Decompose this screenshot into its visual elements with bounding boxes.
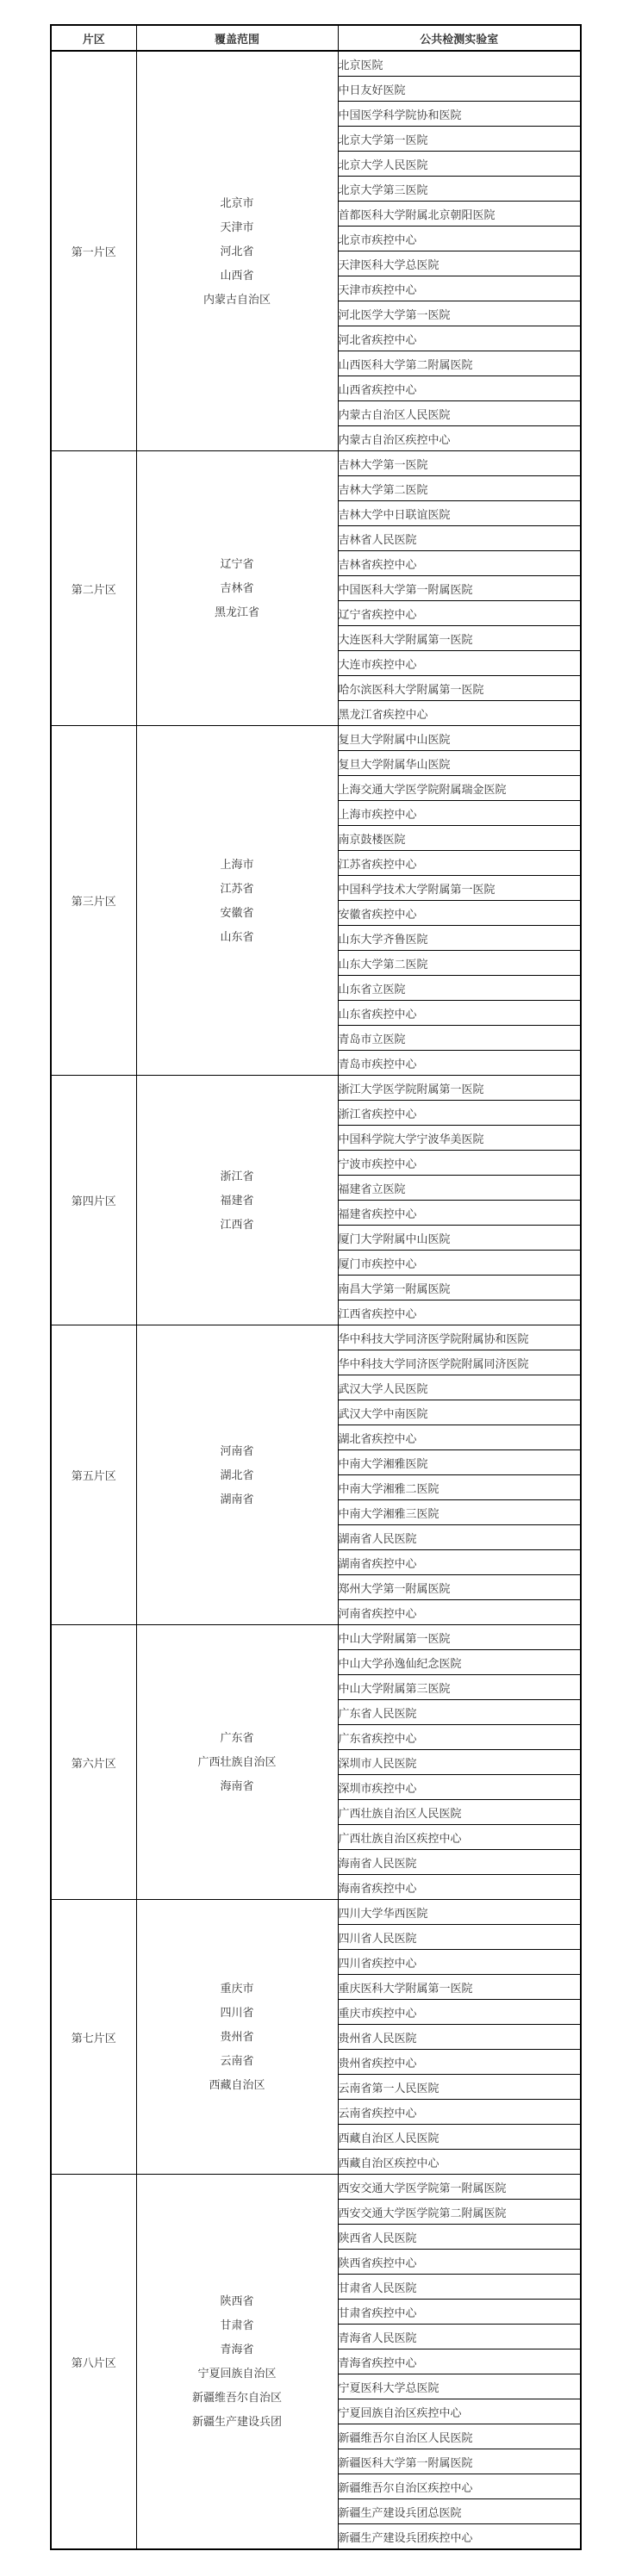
lab-cell: 安徽省疾控中心	[338, 901, 581, 926]
lab-cell: 四川大学华西医院	[338, 1900, 581, 1925]
lab-cell: 大连市疾控中心	[338, 651, 581, 676]
lab-cell: 中国科学技术大学附属第一医院	[338, 876, 581, 901]
lab-cell: 内蒙古自治区疾控中心	[338, 426, 581, 451]
table-row: 第一片区北京市天津市河北省山西省内蒙古自治区北京医院	[51, 51, 581, 77]
lab-cell: 河北医学大学第一医院	[338, 301, 581, 326]
lab-cell: 四川省疾控中心	[338, 1950, 581, 1975]
header-cell-coverage: 覆盖范围	[136, 25, 338, 51]
coverage-cell: 浙江省福建省江西省	[136, 1076, 338, 1325]
lab-cell: 中日友好医院	[338, 77, 581, 102]
lab-cell: 新疆生产建设兵团疾控中心	[338, 2524, 581, 2550]
lab-table-body: 第一片区北京市天津市河北省山西省内蒙古自治区北京医院中日友好医院中国医学科学院协…	[51, 51, 581, 2549]
table-row: 第三片区上海市江苏省安徽省山东省复旦大学附属中山医院	[51, 726, 581, 751]
lab-cell: 湖北省疾控中心	[338, 1425, 581, 1450]
lab-cell: 吉林大学第一医院	[338, 451, 581, 476]
lab-cell: 山西医科大学第二附属医院	[338, 351, 581, 376]
lab-cell: 中南大学湘雅医院	[338, 1450, 581, 1475]
lab-cell: 贵州省疾控中心	[338, 2050, 581, 2075]
coverage-cell: 陕西省甘肃省青海省宁夏回族自治区新疆维吾尔自治区新疆生产建设兵团	[136, 2175, 338, 2550]
province: 福建省	[137, 1189, 338, 1213]
lab-cell: 浙江省疾控中心	[338, 1101, 581, 1126]
table-row: 第六片区广东省广西壮族自治区海南省中山大学附属第一医院	[51, 1625, 581, 1650]
lab-cell: 北京大学第一医院	[338, 127, 581, 152]
region-name-cell: 第二片区	[51, 451, 136, 726]
header-cell-region: 片区	[51, 25, 136, 51]
lab-cell: 深圳市疾控中心	[338, 1775, 581, 1800]
lab-cell: 山东大学第二医院	[338, 951, 581, 976]
lab-cell: 云南省疾控中心	[338, 2100, 581, 2125]
lab-cell: 福建省立医院	[338, 1176, 581, 1201]
province: 新疆维吾尔自治区	[137, 2386, 338, 2410]
lab-cell: 新疆维吾尔自治区疾控中心	[338, 2474, 581, 2499]
lab-cell: 南昌大学第一附属医院	[338, 1276, 581, 1300]
lab-cell: 贵州省人民医院	[338, 2025, 581, 2050]
province: 宁夏回族自治区	[137, 2362, 338, 2386]
province: 江苏省	[137, 877, 338, 901]
lab-cell: 华中科技大学同济医学院附属同济医院	[338, 1350, 581, 1375]
province: 陕西省	[137, 2289, 338, 2313]
lab-cell: 宁夏回族自治区疾控中心	[338, 2399, 581, 2424]
lab-cell: 青海省人民医院	[338, 2325, 581, 2349]
region-name-cell: 第八片区	[51, 2175, 136, 2550]
lab-table: 片区 覆盖范围 公共检测实验室 第一片区北京市天津市河北省山西省内蒙古自治区北京…	[50, 24, 582, 2550]
lab-cell: 广东省疾控中心	[338, 1725, 581, 1750]
province: 甘肃省	[137, 2313, 338, 2337]
lab-cell: 四川省人民医院	[338, 1925, 581, 1950]
province: 广东省	[137, 1726, 338, 1750]
region-name-cell: 第五片区	[51, 1325, 136, 1625]
table-row: 第二片区辽宁省吉林省黑龙江省吉林大学第一医院	[51, 451, 581, 476]
lab-cell: 中山大学附属第一医院	[338, 1625, 581, 1650]
lab-cell: 复旦大学附属华山医院	[338, 751, 581, 776]
lab-cell: 山东大学齐鲁医院	[338, 926, 581, 951]
table-row: 第八片区陕西省甘肃省青海省宁夏回族自治区新疆维吾尔自治区新疆生产建设兵团西安交通…	[51, 2175, 581, 2200]
lab-cell: 河北省疾控中心	[338, 326, 581, 351]
province: 北京市	[137, 191, 338, 215]
lab-cell: 黑龙江省疾控中心	[338, 701, 581, 726]
province: 广西壮族自治区	[137, 1750, 338, 1774]
lab-cell: 海南省疾控中心	[338, 1875, 581, 1900]
province: 青海省	[137, 2337, 338, 2362]
lab-cell: 辽宁省疾控中心	[338, 601, 581, 626]
province: 山东省	[137, 925, 338, 949]
lab-cell: 西安交通大学医学院第一附属医院	[338, 2175, 581, 2200]
lab-cell: 山西省疾控中心	[338, 376, 581, 401]
lab-cell: 浙江大学医学院附属第一医院	[338, 1076, 581, 1101]
lab-cell: 华中科技大学同济医学院附属协和医院	[338, 1325, 581, 1350]
lab-cell: 湖南省疾控中心	[338, 1550, 581, 1575]
province: 四川省	[137, 2001, 338, 2025]
lab-cell: 天津市疾控中心	[338, 276, 581, 301]
lab-cell: 中山大学孙逸仙纪念医院	[338, 1650, 581, 1675]
province: 内蒙古自治区	[137, 288, 338, 312]
province: 西藏自治区	[137, 2073, 338, 2097]
lab-cell: 北京大学第三医院	[338, 177, 581, 202]
lab-cell: 山东省立医院	[338, 976, 581, 1001]
lab-cell: 广西壮族自治区人民医院	[338, 1800, 581, 1825]
lab-cell: 广西壮族自治区疾控中心	[338, 1825, 581, 1850]
table-row: 第四片区浙江省福建省江西省浙江大学医学院附属第一医院	[51, 1076, 581, 1101]
lab-cell: 北京医院	[338, 51, 581, 77]
lab-cell: 大连医科大学附属第一医院	[338, 626, 581, 651]
province: 辽宁省	[137, 552, 338, 576]
lab-cell: 南京鼓楼医院	[338, 826, 581, 851]
lab-cell: 甘肃省疾控中心	[338, 2300, 581, 2325]
lab-cell: 西藏自治区疾控中心	[338, 2150, 581, 2175]
lab-cell: 陕西省疾控中心	[338, 2250, 581, 2275]
province: 天津市	[137, 215, 338, 239]
lab-cell: 西安交通大学医学院第二附属医院	[338, 2200, 581, 2225]
header-cell-lab: 公共检测实验室	[338, 25, 581, 51]
region-name-cell: 第七片区	[51, 1900, 136, 2175]
lab-cell: 中国科学院大学宁波华美医院	[338, 1126, 581, 1151]
province: 浙江省	[137, 1164, 338, 1189]
coverage-cell: 辽宁省吉林省黑龙江省	[136, 451, 338, 726]
lab-cell: 上海交通大学医学院附属瑞金医院	[338, 776, 581, 801]
province: 新疆生产建设兵团	[137, 2410, 338, 2434]
coverage-cell: 北京市天津市河北省山西省内蒙古自治区	[136, 51, 338, 451]
coverage-cell: 广东省广西壮族自治区海南省	[136, 1625, 338, 1900]
lab-cell: 青岛市立医院	[338, 1026, 581, 1051]
lab-cell: 江西省疾控中心	[338, 1300, 581, 1325]
lab-cell: 哈尔滨医科大学附属第一医院	[338, 676, 581, 701]
lab-cell: 中国医科大学第一附属医院	[338, 576, 581, 601]
lab-cell: 陕西省人民医院	[338, 2225, 581, 2250]
lab-cell: 青岛市疾控中心	[338, 1051, 581, 1076]
lab-cell: 广东省人民医院	[338, 1700, 581, 1725]
province: 江西省	[137, 1213, 338, 1237]
lab-cell: 厦门市疾控中心	[338, 1251, 581, 1276]
lab-cell: 宁夏医科大学总医院	[338, 2374, 581, 2399]
lab-cell: 上海市疾控中心	[338, 801, 581, 826]
region-name-cell: 第六片区	[51, 1625, 136, 1900]
lab-cell: 江苏省疾控中心	[338, 851, 581, 876]
coverage-cell: 重庆市四川省贵州省云南省西藏自治区	[136, 1900, 338, 2175]
lab-cell: 厦门大学附属中山医院	[338, 1226, 581, 1251]
lab-cell: 新疆维吾尔自治区人民医院	[338, 2424, 581, 2449]
province: 湖南省	[137, 1487, 338, 1511]
region-name-cell: 第一片区	[51, 51, 136, 451]
lab-cell: 海南省人民医院	[338, 1850, 581, 1875]
lab-cell: 中南大学湘雅二医院	[338, 1475, 581, 1500]
lab-cell: 中南大学湘雅三医院	[338, 1500, 581, 1525]
lab-cell: 福建省疾控中心	[338, 1201, 581, 1226]
lab-cell: 宁波市疾控中心	[338, 1151, 581, 1176]
lab-cell: 天津医科大学总医院	[338, 251, 581, 276]
coverage-cell: 河南省湖北省湖南省	[136, 1325, 338, 1625]
province: 云南省	[137, 2049, 338, 2073]
lab-cell: 中国医学科学院协和医院	[338, 102, 581, 127]
lab-cell: 西藏自治区人民医院	[338, 2125, 581, 2150]
lab-cell: 吉林大学第二医院	[338, 476, 581, 501]
province: 山西省	[137, 264, 338, 288]
lab-cell: 甘肃省人民医院	[338, 2275, 581, 2300]
lab-cell: 吉林省人民医院	[338, 526, 581, 551]
lab-cell: 内蒙古自治区人民医院	[338, 401, 581, 426]
lab-cell: 复旦大学附属中山医院	[338, 726, 581, 751]
region-name-cell: 第四片区	[51, 1076, 136, 1325]
lab-cell: 吉林大学中日联谊医院	[338, 501, 581, 526]
coverage-cell: 上海市江苏省安徽省山东省	[136, 726, 338, 1076]
header-row: 片区 覆盖范围 公共检测实验室	[51, 25, 581, 51]
table-row: 第五片区河南省湖北省湖南省华中科技大学同济医学院附属协和医院	[51, 1325, 581, 1350]
lab-cell: 新疆生产建设兵团总医院	[338, 2499, 581, 2524]
lab-cell: 北京大学人民医院	[338, 152, 581, 177]
lab-cell: 武汉大学人民医院	[338, 1375, 581, 1400]
lab-cell: 重庆市疾控中心	[338, 2000, 581, 2025]
lab-cell: 重庆医科大学附属第一医院	[338, 1975, 581, 2000]
lab-cell: 新疆医科大学第一附属医院	[338, 2449, 581, 2474]
lab-cell: 云南省第一人民医院	[338, 2075, 581, 2100]
lab-cell: 中山大学附属第三医院	[338, 1675, 581, 1700]
region-name-cell: 第三片区	[51, 726, 136, 1076]
province: 海南省	[137, 1774, 338, 1798]
lab-cell: 深圳市人民医院	[338, 1750, 581, 1775]
lab-cell: 山东省疾控中心	[338, 1001, 581, 1026]
table-row: 第七片区重庆市四川省贵州省云南省西藏自治区四川大学华西医院	[51, 1900, 581, 1925]
province: 安徽省	[137, 901, 338, 925]
lab-cell: 郑州大学第一附属医院	[338, 1575, 581, 1600]
province: 贵州省	[137, 2025, 338, 2049]
province: 湖北省	[137, 1463, 338, 1487]
province: 重庆市	[137, 1977, 338, 2001]
lab-cell: 武汉大学中南医院	[338, 1400, 581, 1425]
province: 吉林省	[137, 576, 338, 600]
lab-cell: 吉林省疾控中心	[338, 551, 581, 576]
province: 河南省	[137, 1439, 338, 1463]
lab-cell: 北京市疾控中心	[338, 227, 581, 251]
lab-cell: 河南省疾控中心	[338, 1600, 581, 1625]
province: 上海市	[137, 853, 338, 877]
lab-cell: 首都医科大学附属北京朝阳医院	[338, 202, 581, 227]
lab-cell: 青海省疾控中心	[338, 2349, 581, 2374]
lab-cell: 湖南省人民医院	[338, 1525, 581, 1550]
province: 河北省	[137, 239, 338, 264]
province: 黑龙江省	[137, 600, 338, 624]
